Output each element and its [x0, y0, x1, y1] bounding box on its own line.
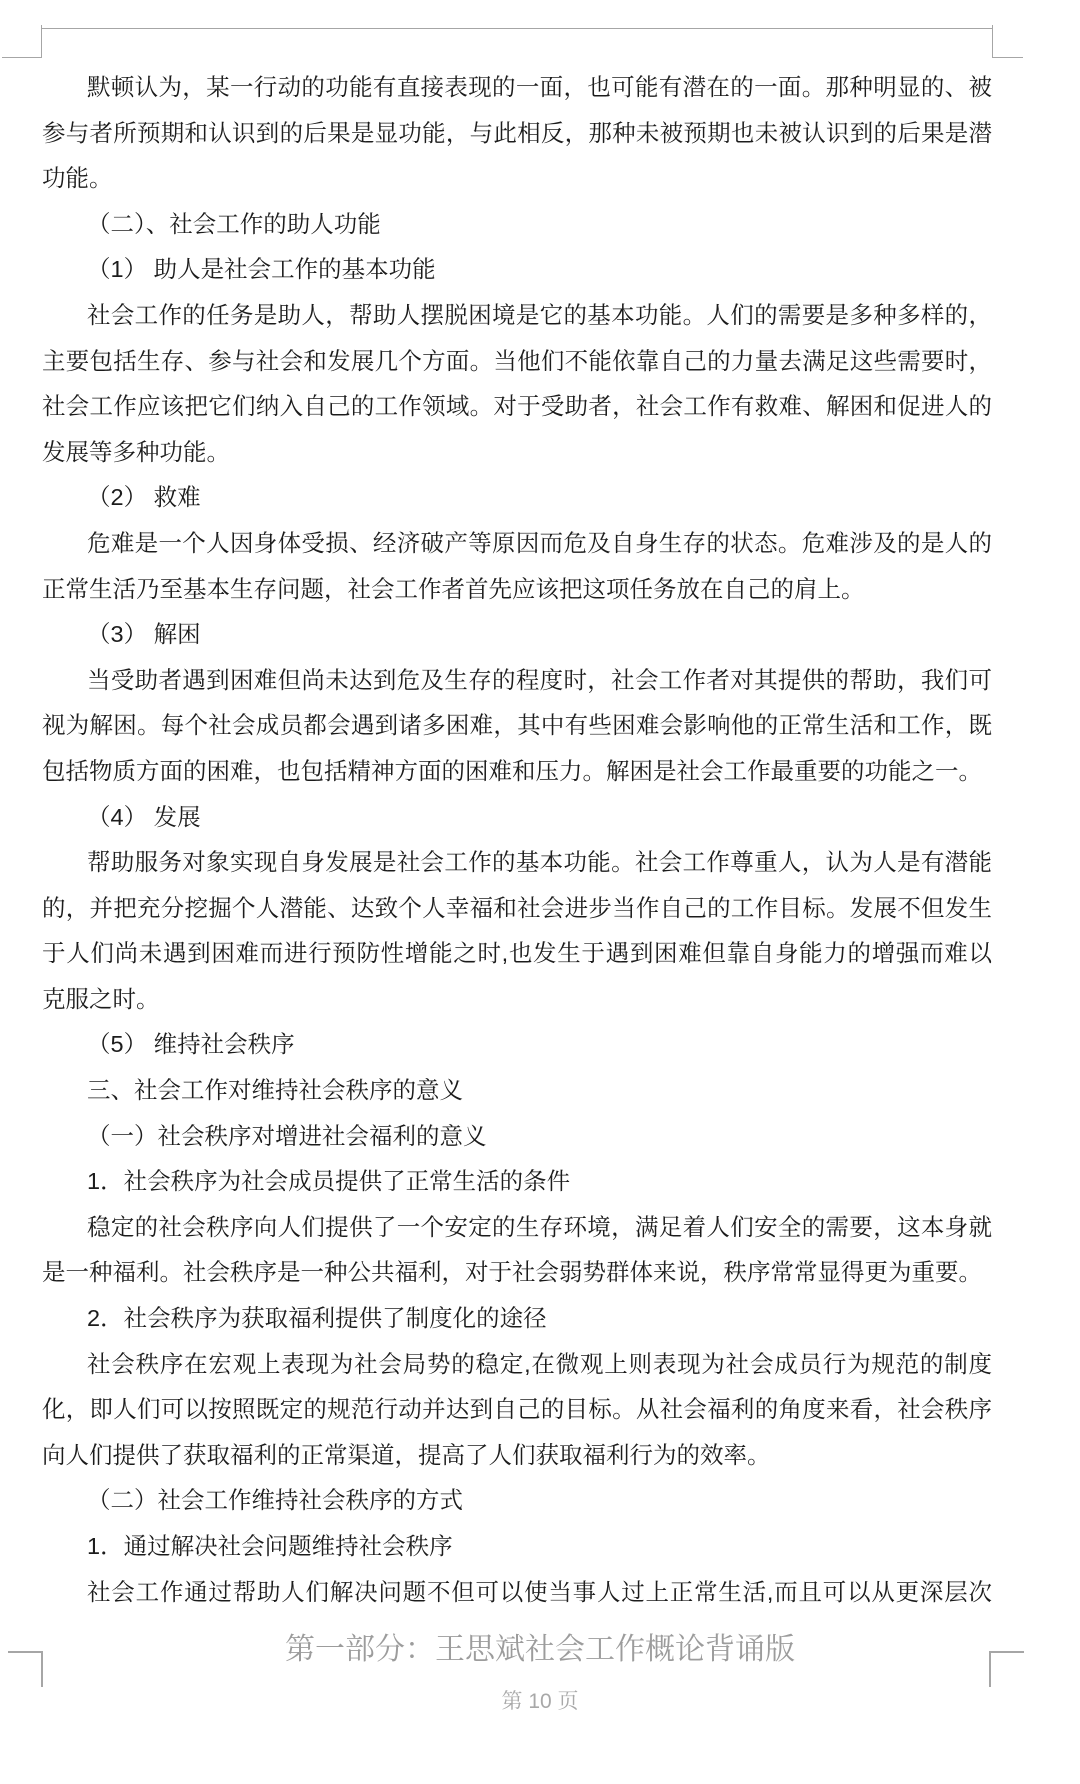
- text-line: 于人们尚未遇到困难而进行预防性增能之时,也发生于遇到困难但靠自身能力的增强而难以: [42, 931, 992, 977]
- crop-mark-top-right-horizontal: [992, 57, 1023, 58]
- text-line: （一）社会秩序对增进社会福利的意义: [42, 1114, 992, 1160]
- text-line: 2．社会秩序为获取福利提供了制度化的途径: [42, 1296, 992, 1342]
- text-line: 1．社会秩序为社会成员提供了正常生活的条件: [42, 1159, 992, 1205]
- text-line: 发展等多种功能。: [42, 430, 992, 476]
- footer-section-title: 第一部分：王思斌社会工作概论背诵版: [0, 1632, 1080, 1668]
- crop-mark-top-right-vertical: [992, 25, 993, 58]
- text-line: （4） 发展: [42, 795, 992, 841]
- text-block: 默顿认为，某一行动的功能有直接表现的一面，也可能有潜在的一面。那种明显的、被参与…: [42, 65, 992, 1615]
- document-page: 默顿认为，某一行动的功能有直接表现的一面，也可能有潜在的一面。那种明显的、被参与…: [0, 0, 1080, 1784]
- text-line: 1．通过解决社会问题维持社会秩序: [42, 1524, 992, 1570]
- text-line: 当受助者遇到困难但尚未达到危及生存的程度时，社会工作者对其提供的帮助，我们可: [42, 658, 992, 704]
- text-line: 包括物质方面的困难，也包括精神方面的困难和压力。解困是社会工作最重要的功能之一。: [42, 749, 992, 795]
- text-line: 视为解困。每个社会成员都会遇到诸多困难，其中有些困难会影响他的正常生活和工作，既: [42, 703, 992, 749]
- text-line: （二）社会工作维持社会秩序的方式: [42, 1478, 992, 1524]
- text-line: （2） 救难: [42, 475, 992, 521]
- text-line: 社会工作的任务是助人，帮助人摆脱困境是它的基本功能。人们的需要是多种多样的，: [42, 293, 992, 339]
- text-line: 危难是一个人因身体受损、经济破产等原因而危及自身生存的状态。危难涉及的是人的: [42, 521, 992, 567]
- text-line: 社会秩序在宏观上表现为社会局势的稳定,在微观上则表现为社会成员行为规范的制度: [42, 1342, 992, 1388]
- text-line: （5） 维持社会秩序: [42, 1022, 992, 1068]
- crop-mark-top-left-horizontal: [2, 57, 42, 58]
- text-line: 是一种福利。社会秩序是一种公共福利，对于社会弱势群体来说，秩序常常显得更为重要。: [42, 1250, 992, 1296]
- text-boundary-top-line: [42, 28, 992, 29]
- text-line: 社会工作通过帮助人们解决问题不但可以使当事人过上正常生活,而且可以从更深层次: [42, 1570, 992, 1616]
- text-line: 社会工作应该把它们纳入自己的工作领域。对于受助者，社会工作有救难、解困和促进人的: [42, 384, 992, 430]
- crop-mark-top-left-vertical: [41, 25, 42, 58]
- text-line: 三、社会工作对维持社会秩序的意义: [42, 1068, 992, 1114]
- text-line: 主要包括生存、参与社会和发展几个方面。当他们不能依靠自己的力量去满足这些需要时，: [42, 339, 992, 385]
- text-line: 化，即人们可以按照既定的规范行动并达到自己的目标。从社会福利的角度来看，社会秩序: [42, 1387, 992, 1433]
- text-line: 的，并把充分挖掘个人潜能、达致个人幸福和社会进步当作自己的工作目标。发展不但发生: [42, 886, 992, 932]
- text-line: 向人们提供了获取福利的正常渠道，提高了人们获取福利行为的效率。: [42, 1433, 992, 1479]
- text-line: （3） 解困: [42, 612, 992, 658]
- text-line: 功能。: [42, 156, 992, 202]
- text-line: 帮助服务对象实现自身发展是社会工作的基本功能。社会工作尊重人，认为人是有潜能: [42, 840, 992, 886]
- text-line: 克服之时。: [42, 977, 992, 1023]
- text-line: 稳定的社会秩序向人们提供了一个安定的生存环境，满足着人们安全的需要，这本身就: [42, 1205, 992, 1251]
- text-line: 参与者所预期和认识到的后果是显功能，与此相反，那种未被预期也未被认识到的后果是潜: [42, 111, 992, 157]
- text-line: 正常生活乃至基本生存问题，社会工作者首先应该把这项任务放在自己的肩上。: [42, 567, 992, 613]
- text-line: （1） 助人是社会工作的基本功能: [42, 247, 992, 293]
- text-line: （二）、社会工作的助人功能: [42, 202, 992, 248]
- text-line: 默顿认为，某一行动的功能有直接表现的一面，也可能有潜在的一面。那种明显的、被: [42, 65, 992, 111]
- page-number: 第 10 页: [0, 1688, 1080, 1716]
